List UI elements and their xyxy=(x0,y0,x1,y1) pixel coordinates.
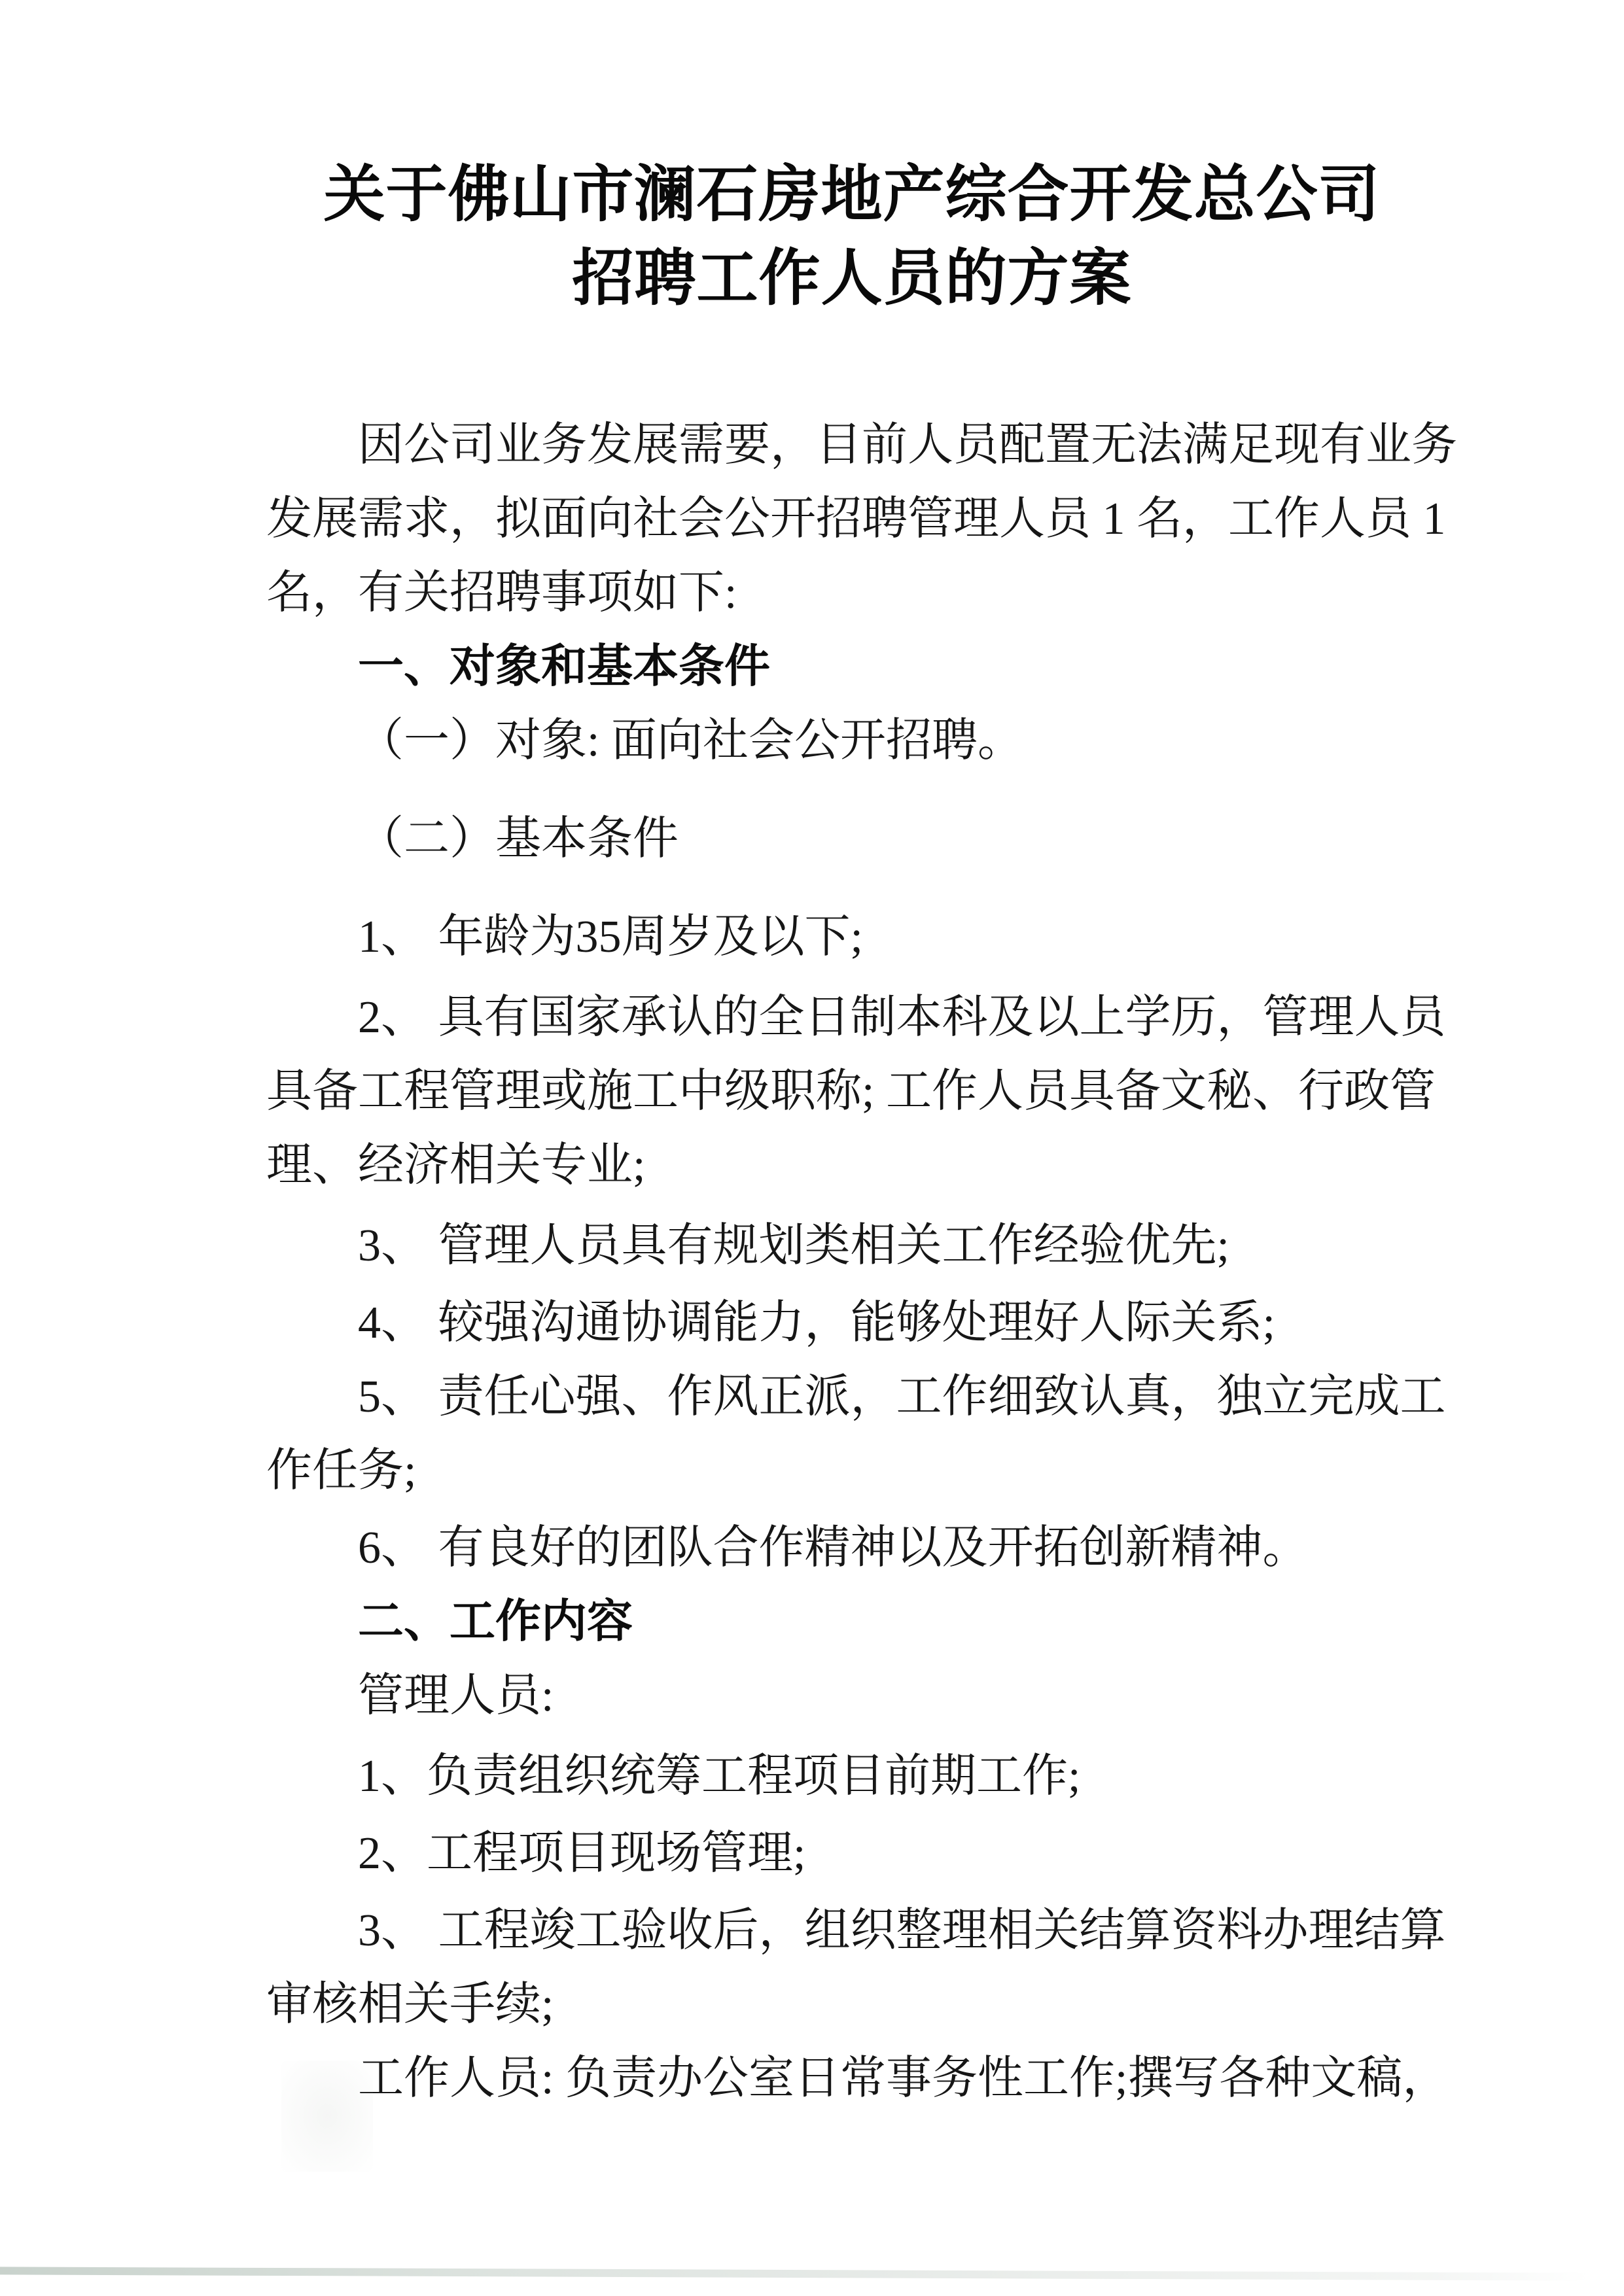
document-title-line-1: 关于佛山市澜石房地产综合开发总公司 xyxy=(266,153,1438,237)
scan-edge-artifact xyxy=(0,2267,1590,2280)
text-line: 具备工程管理或施工中级职称; 工作人员具备文秘、行政管 xyxy=(266,1054,1438,1128)
document-body: 因公司业务发展需要，目前人员配置无法满足现有业务发展需求，拟面向社会公开招聘管理… xyxy=(266,408,1438,2115)
paragraph: 1、 年龄为35周岁及以下; xyxy=(266,900,1438,974)
paragraph: 管理人员: xyxy=(266,1659,1438,1733)
paragraph: 6、 有良好的团队合作精神以及开拓创新精神。 xyxy=(266,1511,1438,1585)
text-line: 理、经济相关专业; xyxy=(266,1128,1438,1202)
text-line: 一、对象和基本条件 xyxy=(266,630,1438,704)
text-line: 名，有关招聘事项如下: xyxy=(266,556,1438,630)
scan-smudge-artifact xyxy=(281,2061,373,2172)
paragraph: 3、 工程竣工验收后，组织整理相关结算资料办理结算审核相关手续; xyxy=(266,1894,1438,2042)
text-line: 工作人员: 负责办公室日常事务性工作;撰写各种文稿， xyxy=(266,2042,1438,2115)
text-line: 发展需求，拟面向社会公开招聘管理人员 1 名，工作人员 1 xyxy=(266,482,1438,556)
text-line: 1、 年龄为35周岁及以下; xyxy=(266,900,1438,974)
section-heading: 二、工作内容 xyxy=(266,1585,1438,1659)
text-line: 2、工程项目现场管理; xyxy=(266,1817,1438,1890)
text-line: （一）对象: 面向社会公开招聘。 xyxy=(266,704,1438,778)
paragraph: 4、 较强沟通协调能力，能够处理好人际关系; xyxy=(266,1286,1438,1360)
paragraph: 2、工程项目现场管理; xyxy=(266,1817,1438,1890)
text-line: （二）基本条件 xyxy=(266,802,1438,876)
paragraph: 2、 具有国家承认的全日制本科及以上学历，管理人员具备工程管理或施工中级职称; … xyxy=(266,981,1438,1202)
paragraph: （二）基本条件 xyxy=(266,802,1438,876)
paragraph: 1、负责组织统筹工程项目前期工作; xyxy=(266,1739,1438,1813)
paragraph: 因公司业务发展需要，目前人员配置无法满足现有业务发展需求，拟面向社会公开招聘管理… xyxy=(266,408,1438,630)
document-content: 关于佛山市澜石房地产综合开发总公司 招聘工作人员的方案 因公司业务发展需要，目前… xyxy=(266,0,1438,2115)
paragraph: 3、 管理人员具有规划类相关工作经验优先; xyxy=(266,1209,1438,1283)
text-line: 2、 具有国家承认的全日制本科及以上学历，管理人员 xyxy=(266,981,1438,1054)
text-line: 1、负责组织统筹工程项目前期工作; xyxy=(266,1739,1438,1813)
text-line: 5、 责任心强、作风正派，工作细致认真，独立完成工 xyxy=(266,1360,1438,1434)
paragraph: 工作人员: 负责办公室日常事务性工作;撰写各种文稿， xyxy=(266,2042,1438,2115)
text-line: 4、 较强沟通协调能力，能够处理好人际关系; xyxy=(266,1286,1438,1360)
text-line: 二、工作内容 xyxy=(266,1585,1438,1659)
paragraph: 5、 责任心强、作风正派，工作细致认真，独立完成工作任务; xyxy=(266,1360,1438,1508)
document-title-line-2: 招聘工作人员的方案 xyxy=(266,237,1438,321)
text-line: 管理人员: xyxy=(266,1659,1438,1733)
paragraph: （一）对象: 面向社会公开招聘。 xyxy=(266,704,1438,778)
section-heading: 一、对象和基本条件 xyxy=(266,630,1438,704)
document-title: 关于佛山市澜石房地产综合开发总公司 招聘工作人员的方案 xyxy=(266,153,1438,321)
text-line: 因公司业务发展需要，目前人员配置无法满足现有业务 xyxy=(266,408,1438,482)
text-line: 6、 有良好的团队合作精神以及开拓创新精神。 xyxy=(266,1511,1438,1585)
text-line: 审核相关手续; xyxy=(266,1968,1438,2042)
text-line: 作任务; xyxy=(266,1434,1438,1508)
document-page: 关于佛山市澜石房地产综合开发总公司 招聘工作人员的方案 因公司业务发展需要，目前… xyxy=(0,0,1624,2296)
text-line: 3、 管理人员具有规划类相关工作经验优先; xyxy=(266,1209,1438,1283)
text-line: 3、 工程竣工验收后，组织整理相关结算资料办理结算 xyxy=(266,1894,1438,1968)
